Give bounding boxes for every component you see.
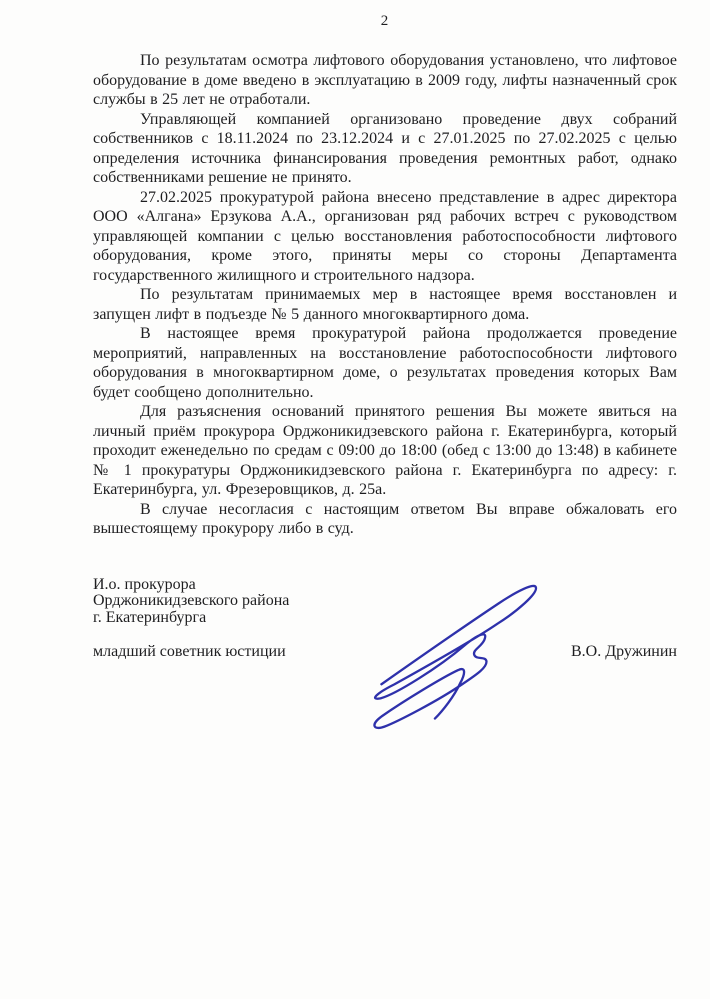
paragraph-appeal-rights: В случае несогласия с настоящим ответом …: [93, 500, 677, 539]
signoff-name: В.О. Дружинин: [571, 644, 677, 661]
signoff-position-line-1: И.о. прокурора: [93, 577, 677, 594]
paragraph-reception-info: Для разъяснения оснований принятого реше…: [93, 402, 677, 500]
paragraph-ongoing-actions: В настоящее время прокуратурой района пр…: [93, 324, 677, 402]
signoff-block: И.о. прокурора Орджоникидзевского района…: [93, 577, 677, 661]
letter-body: По результатам осмотра лифтового оборудо…: [93, 51, 677, 661]
signoff-position-line-2: Орджоникидзевского района: [93, 593, 677, 610]
paragraph-owner-meetings: Управляющей компанией организовано прове…: [93, 110, 677, 188]
document-page: 2 По результатам осмотра лифтового обору…: [0, 0, 710, 999]
signoff-position-line-3: г. Екатеринбурга: [93, 610, 677, 627]
paragraph-inspection-results: По результатам осмотра лифтового оборудо…: [93, 51, 677, 110]
paragraph-prosecutor-measures: 27.02.2025 прокуратурой района внесено п…: [93, 188, 677, 286]
signoff-rank-row: младший советник юстиции В.О. Дружинин: [93, 644, 677, 661]
paragraph-elevator-restored: По результатам принимаемых мер в настоящ…: [93, 285, 677, 324]
page-number: 2: [93, 13, 677, 30]
signoff-rank: младший советник юстиции: [93, 644, 286, 661]
